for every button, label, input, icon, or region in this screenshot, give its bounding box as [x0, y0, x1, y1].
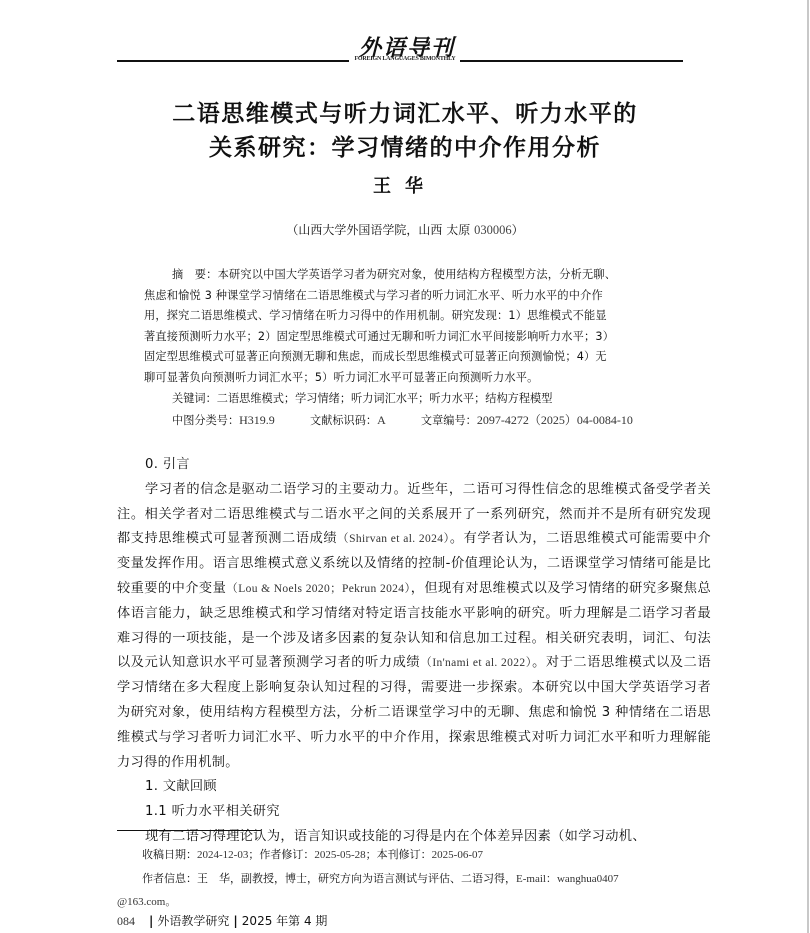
keywords-label: 关键词： [172, 392, 217, 405]
page-footer: 084|外语教学研究|2025 年第 4 期 [117, 912, 327, 929]
abstract-line: 固定型思维模式可显著正向预测无聊和焦虑，而成长型思维模式可显著正向预测愉悦；4）… [144, 347, 650, 368]
footnote-divider [117, 830, 261, 831]
doc-code-label: 文献标识码： [310, 414, 377, 427]
affiliation-close: ） [512, 223, 524, 237]
footer-issue: 2025 年第 4 期 [242, 914, 328, 928]
masthead-rule-left [117, 60, 349, 62]
classification-info: 中图分类号：H319.9 文献标识码：A 文章编号：2097-4272（2025… [172, 411, 633, 428]
footer-journal-name: 外语教学研究 [157, 914, 229, 928]
author-affiliation: （山西大学外国语学院，山西 太原 030006） [100, 221, 710, 238]
clc-label: 中图分类号： [172, 414, 239, 427]
page-number: 084 [117, 914, 135, 928]
abstract-line: 摘 要：本研究以中国大学英语学习者为研究对象，使用结构方程模型方法，分析无聊、 [172, 265, 650, 286]
journal-subtitle: FOREIGN LANGUAGES BIMONTHLY [350, 56, 460, 62]
subsection-heading-listening: 1.1 听力水平相关研究 [117, 800, 711, 825]
article-body: 0. 引言 学习者的信念是驱动二语学习的主要动力。近些年，二语可习得性信念的思维… [117, 453, 711, 850]
affiliation-postcode: 030006 [474, 223, 512, 237]
footnote-dates: 收稿日期：2024-12-03；作者修订：2025-05-28；本刊修订：202… [117, 843, 711, 867]
journal-masthead: 外语导刊 FOREIGN LANGUAGES BIMONTHLY [0, 28, 810, 68]
article-no-value: 2097-4272（2025）04-0084-10 [477, 413, 633, 427]
abstract: 摘 要：本研究以中国大学英语学习者为研究对象，使用结构方程模型方法，分析无聊、 … [172, 265, 650, 388]
abstract-label: 摘 要： [172, 268, 218, 281]
keywords-value: 二语思维模式；学习情绪；听力词汇水平；听力水平；结构方程模型 [217, 392, 553, 405]
clc-value: H319.9 [239, 413, 275, 427]
page-edge [807, 0, 809, 933]
footnotes: 收稿日期：2024-12-03；作者修订：2025-05-28；本刊修订：202… [117, 843, 711, 914]
masthead-rule-right [460, 60, 683, 62]
citation: （In'nami et al. 2022） [420, 657, 532, 669]
doc-code-value: A [377, 413, 386, 427]
separator: | [233, 914, 237, 928]
abstract-line: 焦虑和愉悦 3 种课堂学习情绪在二语思维模式与学习者的听力词汇水平、听力水平的中… [144, 286, 650, 307]
title-line-1: 二语思维模式与听力词汇水平、听力水平的 [100, 97, 710, 131]
section-heading-literature-review: 1. 文献回顾 [117, 775, 711, 800]
footnote-author-info: 作者信息：王 华，副教授，博士，研究方向为语言测试与评估、二语习得，E-mail… [117, 867, 711, 891]
abstract-line: 聊可显著负向预测听力词汇水平；5）听力词汇水平可显著正向预测听力水平。 [144, 368, 650, 389]
author-email: wanghua0407 [557, 873, 619, 885]
keywords: 关键词：二语思维模式；学习情绪；听力词汇水平；听力水平；结构方程模型 [172, 390, 552, 406]
abstract-line: 用，探究二语思维模式、学习情绪在听力习得中的作用机制。研究发现：1）思维模式不能… [144, 306, 650, 327]
article-title: 二语思维模式与听力词汇水平、听力水平的 关系研究：学习情绪的中介作用分析 [100, 97, 710, 165]
article-author: 王华 [100, 172, 710, 198]
abstract-line: 著直接预测听力水平；2）固定型思维模式可通过无聊和听力词汇水平间接影响听力水平；… [144, 327, 650, 348]
intro-paragraph: 学习者的信念是驱动二语学习的主要动力。近些年，二语可习得性信念的思维模式备受学者… [117, 478, 711, 776]
article-no-label: 文章编号： [421, 414, 477, 427]
section-heading-intro: 0. 引言 [117, 453, 711, 478]
title-line-2: 关系研究：学习情绪的中介作用分析 [100, 131, 710, 165]
citation: （Lou & Noels 2020；Pekrun 2024） [226, 583, 410, 595]
affiliation-text: （山西大学外国语学院，山西 太原 [286, 223, 474, 237]
footnote-email-cont: @163.com。 [117, 891, 711, 914]
citation: （Shirvan et al. 2024） [337, 533, 450, 545]
separator: | [149, 914, 153, 928]
